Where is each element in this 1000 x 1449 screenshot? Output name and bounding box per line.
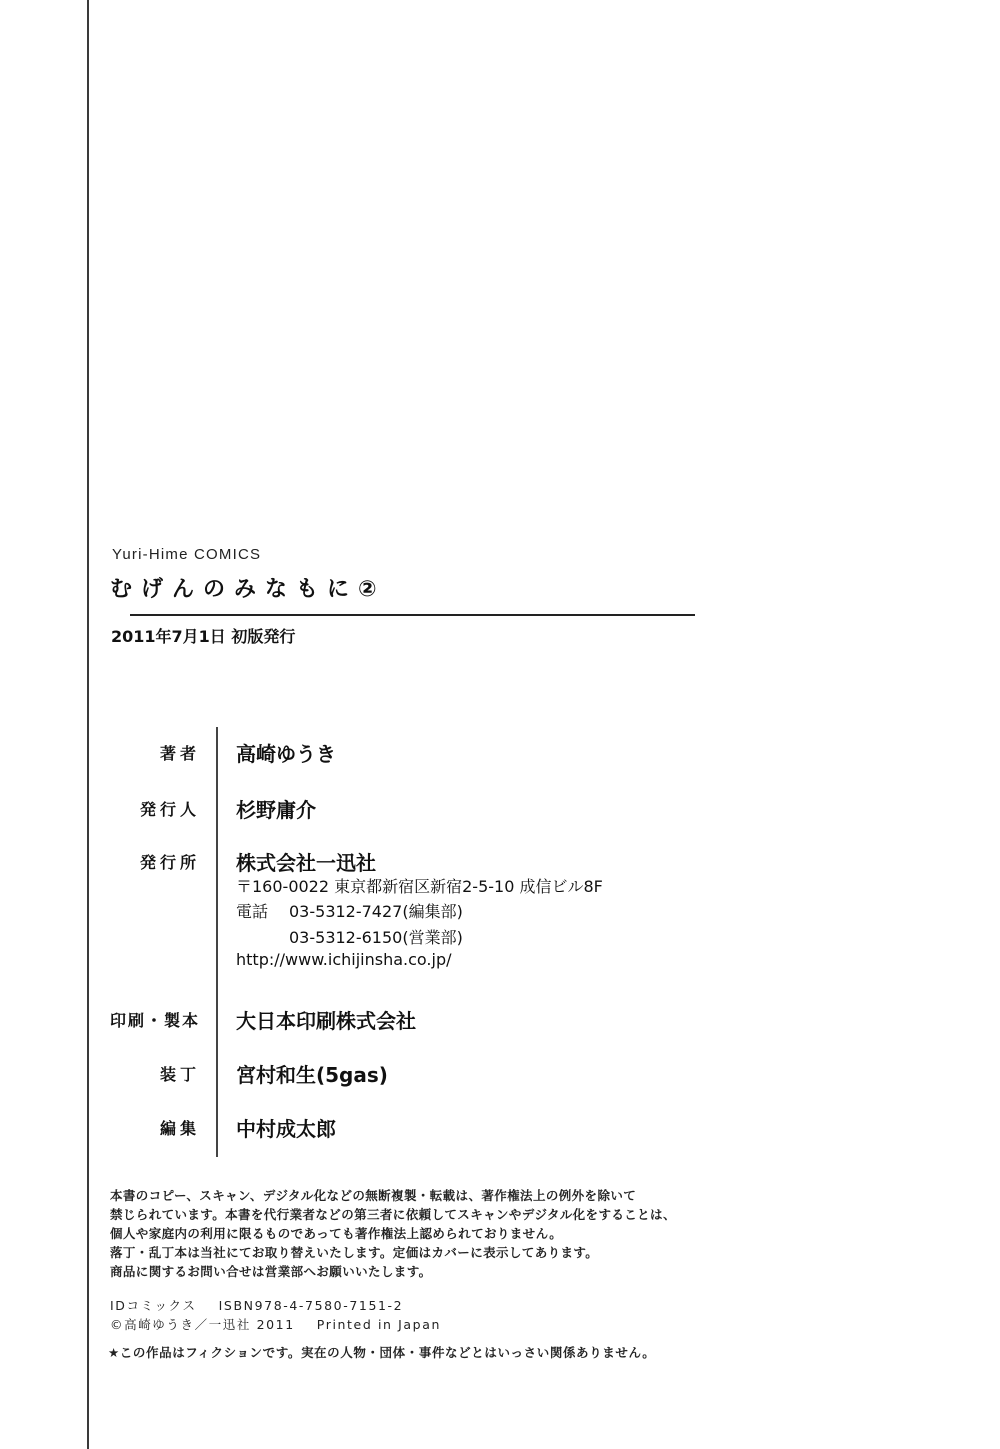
copyright-row: ©高崎ゆうき／一迅社 2011Printed in Japan: [110, 1315, 441, 1334]
credit-label-publisher: 発行所: [140, 850, 200, 873]
credit-value-editor: 中村成太郎: [236, 1113, 336, 1142]
page-gutter-line: [87, 0, 89, 1449]
credit-value-publisher: 株式会社一迅社: [236, 847, 376, 876]
phone-editorial: 03-5312-7427(編集部): [289, 902, 463, 921]
phone-label: 電話: [236, 899, 289, 922]
imprint: IDコミックス: [110, 1298, 197, 1313]
publisher-phone-editorial-row: 電話03-5312-7427(編集部): [236, 899, 463, 922]
isbn-row: IDコミックスISBN978-4-7580-7151-2: [110, 1296, 441, 1315]
notice-line: 個人や家庭内の利用に限るものであっても著作権法上認められておりません。: [110, 1224, 676, 1243]
copyright: ©高崎ゆうき／一迅社 2011: [110, 1317, 295, 1332]
phone-sales: 03-5312-6150(営業部): [289, 925, 463, 948]
credit-value-publisher-person: 杉野庸介: [236, 794, 316, 823]
credit-label-design: 装丁: [160, 1062, 200, 1085]
credit-label-editor: 編集: [160, 1116, 200, 1139]
series-name: Yuri-Hime COMICS: [112, 546, 261, 563]
isbn-block: IDコミックスISBN978-4-7580-7151-2 ©高崎ゆうき／一迅社 …: [110, 1296, 441, 1334]
credit-label-printing: 印刷・製本: [110, 1008, 200, 1031]
copyright-notice: 本書のコピー、スキャン、デジタル化などの無断複製・転載は、著作権法上の例外を除い…: [110, 1186, 676, 1281]
title-rule: [130, 614, 695, 616]
credit-label-publisher-person: 発行人: [140, 797, 200, 820]
notice-line: 禁じられています。本書を代行業者などの第三者に依頼してスキャンやデジタル化をする…: [110, 1205, 676, 1224]
book-title: むげんのみなもに②: [110, 572, 386, 603]
publisher-address: 〒160-0022 東京都新宿区新宿2-5-10 成信ビル8F: [236, 874, 603, 897]
credit-label-author: 著者: [160, 741, 200, 764]
publication-date: 2011年7月1日 初版発行: [111, 624, 295, 647]
printed-in: Printed in Japan: [317, 1317, 441, 1332]
credits-divider: [216, 727, 218, 1157]
credit-value-design: 宮村和生(5gas): [236, 1059, 388, 1088]
notice-line: 商品に関するお問い合せは営業部へお願いいたします。: [110, 1262, 676, 1281]
isbn: ISBN978-4-7580-7151-2: [219, 1298, 404, 1313]
fiction-disclaimer: ★この作品はフィクションです。実在の人物・団体・事件などとはいっさい関係ありませ…: [108, 1343, 655, 1361]
publisher-url[interactable]: http://www.ichijinsha.co.jp/: [236, 950, 452, 969]
notice-line: 落丁・乱丁本は当社にてお取り替えいたします。定価はカバーに表示してあります。: [110, 1243, 676, 1262]
credit-value-author: 高崎ゆうき: [236, 738, 336, 767]
credit-value-printing: 大日本印刷株式会社: [236, 1005, 416, 1034]
notice-line: 本書のコピー、スキャン、デジタル化などの無断複製・転載は、著作権法上の例外を除い…: [110, 1186, 676, 1205]
